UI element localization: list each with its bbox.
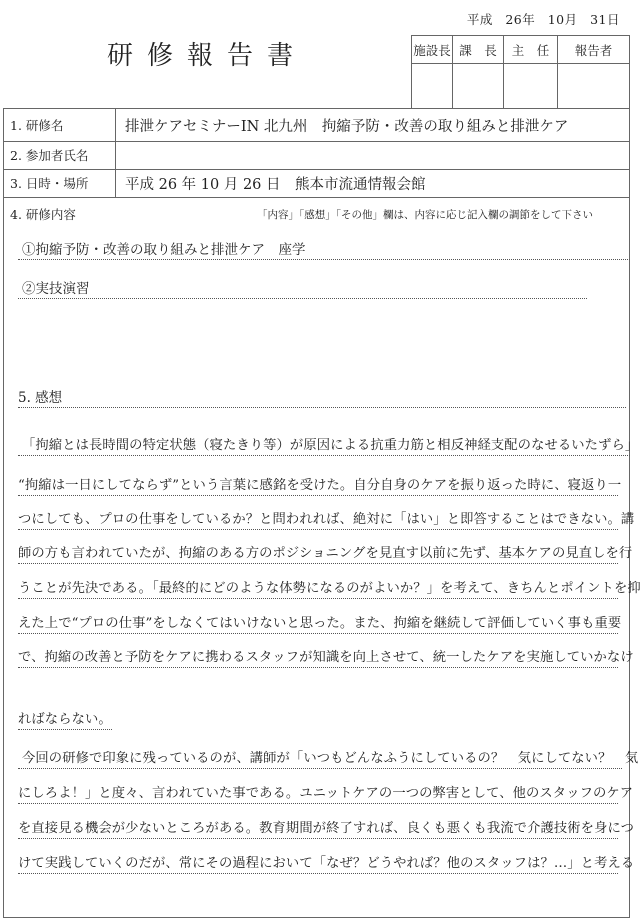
section-training-content-heading: 4. 研修内容	[10, 205, 76, 223]
impression-line[interactable]: えた上で“プロの仕事”をしなくてはいけないと思った。また、拘縮を継続して評価して…	[18, 615, 618, 634]
label-participant-name: 2. 参加者氏名	[4, 141, 116, 169]
approval-header-facility-director: 施設長	[412, 36, 453, 64]
stamp-box-supervisor[interactable]	[504, 64, 558, 109]
date-year: 26年	[505, 12, 535, 27]
field-training-name[interactable]: 排泄ケアセミナーIN 北九州 拘縮予防・改善の取り組みと排泄ケア	[116, 115, 568, 136]
impression-line[interactable]: 今回の研修で印象に残っているのが、講師が「いつもどんなふうにしているの？ 気にし…	[18, 750, 622, 769]
stamp-box-reporter[interactable]	[558, 64, 630, 109]
approval-header-supervisor: 主 任	[504, 36, 558, 64]
impression-line[interactable]: けて実践していくのだが、常にその過程において「なぜ？どうやれば？他のスタッフは？…	[18, 855, 618, 874]
stamp-box-section-chief[interactable]	[453, 64, 504, 109]
impression-line[interactable]: で、拘縮の改善と予防をケアに携わるスタッフが知識を向上させて、統一したケアを実施…	[18, 649, 618, 668]
impression-line[interactable]: にしろよ！」と度々、言われていた事である。ユニットケアの一つの弊害として、他のス…	[18, 785, 618, 804]
document-title: 研修報告書	[107, 35, 307, 72]
date-era: 平成	[467, 12, 493, 27]
report-date: 平成 26年 10月 31日	[459, 10, 620, 28]
field-date-place[interactable]: 平成 26 年 10 月 26 日 熊本市流通情報会館	[116, 173, 426, 194]
impression-line[interactable]: うことが先決である。「最終的にどのような体勢になるのがよいか？」を考えて、きちん…	[18, 580, 618, 599]
content-item-1[interactable]: ①拘縮予防・改善の取り組みと排泄ケア 座学	[18, 241, 630, 260]
approval-header-reporter: 報告者	[558, 36, 630, 64]
row-date-place: 3. 日時・場所 平成 26 年 10 月 26 日 熊本市流通情報会館	[4, 169, 629, 198]
section-instruction-note: 「内容」「感想」「その他」欄は、内容に応じ記入欄の調節をして下さい	[257, 207, 593, 222]
impression-line[interactable]: “拘縮は一日にしてならず”という言葉に感銘を受けた。自分自身のケアを振り返った時…	[18, 477, 618, 496]
stamp-box-facility-director[interactable]	[412, 64, 453, 109]
impression-line[interactable]: つにしても、プロの仕事をしているか？と問われれば、絶対に「はい」と即答することは…	[18, 511, 618, 530]
content-item-2[interactable]: ②実技演習	[18, 280, 587, 299]
label-date-place: 3. 日時・場所	[4, 169, 116, 197]
label-training-name: 1. 研修名	[4, 109, 116, 141]
date-day: 31日	[590, 12, 620, 27]
impression-line[interactable]: を直接見る機会が少ないところがある。教育期間が終了すれば、良くも悪くも我流で介護…	[18, 820, 618, 839]
report-form: 1. 研修名 排泄ケアセミナーIN 北九州 拘縮予防・改善の取り組みと排泄ケア …	[3, 108, 630, 918]
date-month: 10月	[548, 12, 578, 27]
approval-stamp-table: 施設長 課 長 主 任 報告者	[411, 35, 630, 109]
impression-quote[interactable]: 「拘縮とは長時間の特定状態（寝たきり等）が原因による抗重力筋と相反神経支配のなせ…	[18, 437, 630, 456]
row-participant-name: 2. 参加者氏名	[4, 141, 629, 170]
row-training-name: 1. 研修名 排泄ケアセミナーIN 北九州 拘縮予防・改善の取り組みと排泄ケア	[4, 109, 629, 142]
impression-line[interactable]: ればならない。	[18, 711, 112, 730]
approval-header-section-chief: 課 長	[453, 36, 504, 64]
section-impressions-heading: 5. 感想	[18, 389, 626, 408]
impression-line[interactable]: 師の方も言われていたが、拘縮のある方のポジショニングを見直す以前に先ず、基本ケア…	[18, 545, 618, 564]
